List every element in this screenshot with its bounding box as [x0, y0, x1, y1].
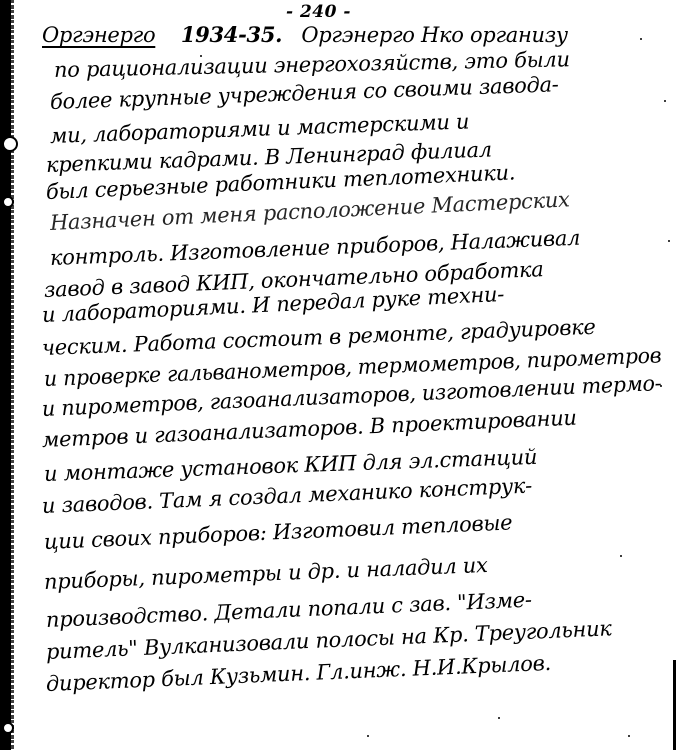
scan-speck	[498, 717, 500, 719]
text-line-17: ции своих приборов: Изготовил тепловые	[43, 510, 512, 554]
scan-speck	[367, 735, 369, 737]
scan-speck	[668, 240, 670, 242]
scan-speck	[628, 735, 630, 737]
scan-speck	[620, 555, 622, 557]
scan-punch-hole	[2, 136, 18, 152]
scan-speck	[640, 38, 642, 40]
scan-punch-hole	[2, 722, 14, 734]
text-line-1: Оргэнерго 1934-35. Оргэнерго Нко организ…	[42, 22, 568, 47]
section-heading: Оргэнерго	[42, 23, 155, 47]
scan-punch-hole	[2, 196, 14, 208]
manuscript-page: - 240 - Оргэнерго 1934-35. Оргэнерго Нко…	[0, 0, 676, 750]
scan-speck	[664, 100, 666, 102]
scan-binding-edge	[0, 0, 11, 750]
section-year: 1934-35.	[181, 22, 282, 47]
page-number: - 240 -	[286, 2, 351, 22]
text-line-18: приборы, пирометры и др. и наладил их	[44, 553, 488, 594]
line-1-rest: Оргэнерго Нко организу	[301, 23, 567, 47]
